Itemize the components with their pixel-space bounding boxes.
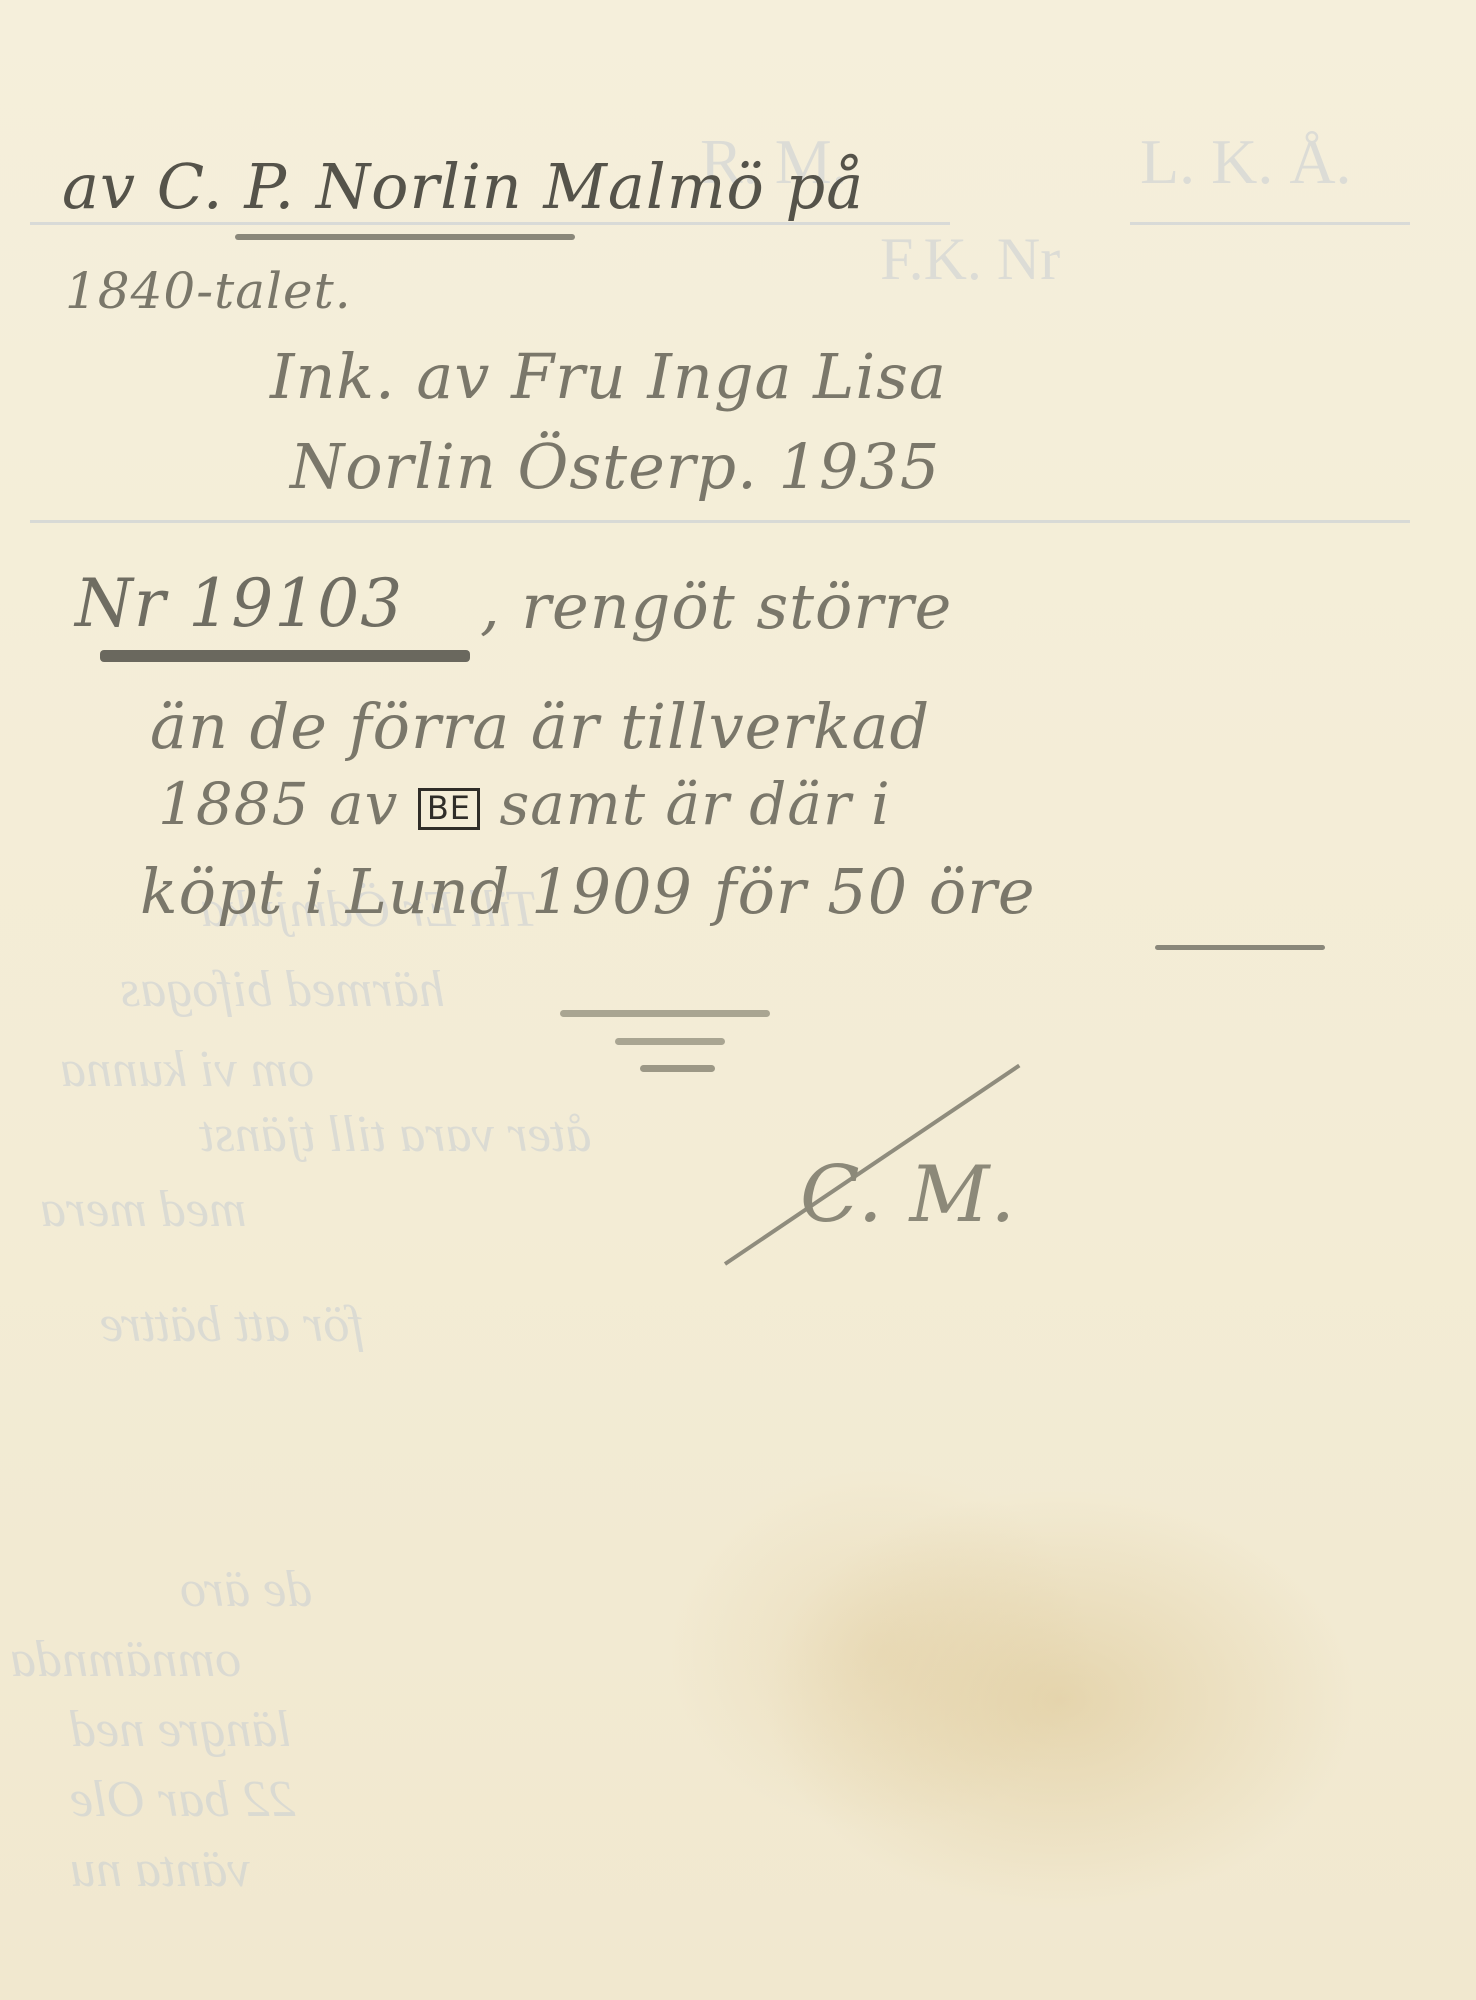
underline-inventory-number xyxy=(100,650,470,662)
closing-stroke-3 xyxy=(640,1065,715,1072)
maker-mark-stamp: BE xyxy=(418,788,480,829)
closing-stroke-2 xyxy=(615,1038,725,1045)
bleedthrough-line: med mera xyxy=(40,1180,247,1239)
bleedthrough-line: vänta nu xyxy=(70,1840,251,1899)
letterhead-ghost-second: F.K. Nr xyxy=(880,225,1060,294)
underline-name xyxy=(235,234,575,240)
handwritten-line-purchase: köpt i Lund 1909 för 50 öre xyxy=(140,855,1036,928)
bleedthrough-line: om vi kunna xyxy=(60,1040,314,1099)
signature: C. M. xyxy=(800,1150,1016,1240)
bleedthrough-line: åter vara till tjänst xyxy=(200,1105,591,1164)
printed-rule-top-right xyxy=(1130,222,1410,225)
handwritten-line-period: 1840-talet. xyxy=(65,262,352,320)
line-continuation: samt är där i xyxy=(499,770,890,838)
bleedthrough-line: de äro xyxy=(180,1560,312,1619)
letterhead-ghost-top: L. K. Å. xyxy=(1140,125,1352,199)
bleedthrough-line: omnämnda xyxy=(10,1630,241,1689)
year-text: 1885 av xyxy=(158,770,398,838)
handwritten-line-acquired-date: Norlin Österp. 1935 xyxy=(290,430,940,503)
bleedthrough-line: för att bättre xyxy=(100,1295,364,1354)
bleedthrough-line: 22 bar Ole xyxy=(70,1770,295,1829)
bleedthrough-line: längre ned xyxy=(70,1700,292,1759)
bleedthrough-line: härmed bifogas xyxy=(120,960,445,1019)
handwritten-line-maker-mark: 1885 av BE samt är där i xyxy=(158,770,891,838)
handwritten-line-description: , rengöt större xyxy=(480,570,952,643)
underline-price xyxy=(1155,945,1325,950)
handwritten-line-manufactured: än de förra är tillverkad xyxy=(150,690,930,763)
printed-rule-middle xyxy=(30,520,1410,523)
handwritten-inventory-number: Nr 19103 xyxy=(75,565,403,642)
closing-stroke-1 xyxy=(560,1010,770,1017)
handwritten-line-maker: av C. P. Norlin Malmö på xyxy=(62,150,864,223)
handwritten-line-acquired: Ink. av Fru Inga Lisa xyxy=(270,340,947,413)
